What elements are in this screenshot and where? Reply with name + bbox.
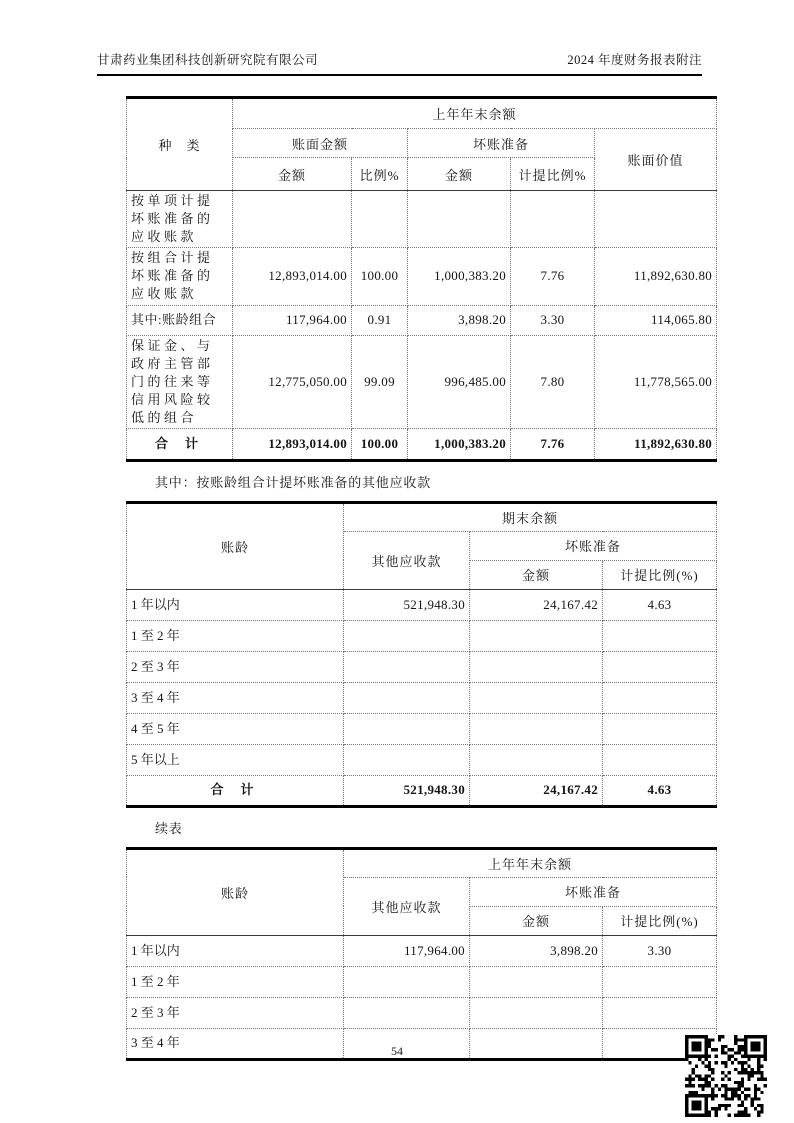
- cell-amount: [344, 682, 470, 713]
- cell-ratio: 100.00: [352, 428, 408, 460]
- row-label: 2 至 3 年: [127, 651, 344, 682]
- cell-ratio: 99.09: [352, 335, 408, 428]
- cell-bd-ratio: 7.80: [511, 335, 595, 428]
- cell-bd-ratio: 7.76: [511, 247, 595, 305]
- receivables-prior-year-table: 种 类 上年年末余额 账面金额 坏账准备 账面价值 金额 比例% 金额 计提比例…: [126, 96, 717, 462]
- header-cell-bad-debt: 坏账准备: [408, 129, 595, 158]
- row-label: 1 年以内: [127, 935, 344, 966]
- page-content: 种 类 上年年末余额 账面金额 坏账准备 账面价值 金额 比例% 金额 计提比例…: [126, 96, 716, 1061]
- document-page: 甘肃药业集团科技创新研究院有限公司 2024 年度财务报表附注 种 类 上年年末…: [0, 0, 794, 1123]
- cell-amount: 12,893,014.00: [233, 247, 352, 305]
- cell-amount: 117,964.00: [233, 305, 352, 335]
- cell-bd-ratio: 4.63: [603, 775, 717, 806]
- header-cell-ratio: 计提比例(%): [603, 906, 717, 935]
- cell-amount: [344, 744, 470, 775]
- header-cell-aging: 账龄: [127, 502, 344, 589]
- page-number: 54: [391, 1044, 403, 1058]
- cell-book-value: 11,892,630.80: [595, 428, 717, 460]
- cell-bd-amount: [470, 682, 603, 713]
- report-title: 2024 年度财务报表附注: [567, 50, 702, 68]
- row-label: 其中:账龄组合: [127, 305, 233, 335]
- cell-amount: 521,948.30: [344, 589, 470, 620]
- cell-bd-ratio: [603, 997, 717, 1028]
- cell-ratio: 0.91: [352, 305, 408, 335]
- company-name: 甘肃药业集团科技创新研究院有限公司: [97, 50, 318, 68]
- table-row: 4 至 5 年: [127, 713, 717, 744]
- header-cell-period: 上年年末余额: [344, 848, 717, 877]
- row-label: 3 至 4 年: [127, 682, 344, 713]
- cell-bd-amount: [470, 997, 603, 1028]
- row-label: 1 年以内: [127, 589, 344, 620]
- cell-bd-amount: [470, 620, 603, 651]
- cell-bd-amount: 996,485.00: [408, 335, 511, 428]
- row-label: 1 至 2 年: [127, 620, 344, 651]
- header-cell-amount: 金额: [470, 560, 603, 589]
- row-label: 2 至 3 年: [127, 997, 344, 1028]
- cell-bd-ratio: [603, 744, 717, 775]
- header-cell-bd-ratio: 计提比例%: [511, 158, 595, 191]
- cell-bd-ratio: [603, 651, 717, 682]
- cell-amount: [233, 191, 352, 248]
- header-cell-period: 上年年末余额: [233, 98, 717, 129]
- cell-amount: 521,948.30: [344, 775, 470, 806]
- table-row: 3 至 4 年: [127, 682, 717, 713]
- header-cell-other-receivables: 其他应收款: [344, 531, 470, 589]
- total-row: 合 计 521,948.30 24,167.42 4.63: [127, 775, 717, 806]
- total-label: 合 计: [127, 775, 344, 806]
- cell-book-value: 11,778,565.00: [595, 335, 717, 428]
- header-cell-amount: 金额: [233, 158, 352, 191]
- other-receivables-period-end-table: 账龄 期末余额 其他应收款 坏账准备 金额 计提比例(%) 1 年以内 521,…: [126, 501, 717, 808]
- cell-amount: 117,964.00: [344, 935, 470, 966]
- table-row: 按单项计提坏账准备的应收账款: [127, 191, 717, 248]
- table-row: 1 至 2 年: [127, 966, 717, 997]
- row-label: 按组合计提坏账准备的应收账款: [127, 247, 233, 305]
- continued-note: 续表: [155, 818, 716, 837]
- cell-book-value: 114,065.80: [595, 305, 717, 335]
- table-row: 1 至 2 年: [127, 620, 717, 651]
- cell-bd-ratio: 7.76: [511, 428, 595, 460]
- header-cell-period: 期末余额: [344, 502, 717, 531]
- cell-amount: 12,775,050.00: [233, 335, 352, 428]
- header-cell-bad-debt: 坏账准备: [470, 877, 717, 906]
- cell-bd-ratio: [603, 713, 717, 744]
- cell-bd-amount: 1,000,383.20: [408, 247, 511, 305]
- aging-note: 其中：按账龄组合计提坏账准备的其他应收款: [155, 472, 716, 491]
- header-cell-ratio: 比例%: [352, 158, 408, 191]
- row-label: 保证金、与政府主管部门的往来等信用风险较低的组合: [127, 335, 233, 428]
- cell-bd-ratio: 3.30: [603, 935, 717, 966]
- cell-bd-ratio: [603, 966, 717, 997]
- cell-bd-amount: [408, 191, 511, 248]
- cell-book-value: 11,892,630.80: [595, 247, 717, 305]
- cell-bd-ratio: [603, 620, 717, 651]
- header-cell-type: 种 类: [127, 98, 233, 191]
- cell-bd-amount: [470, 651, 603, 682]
- cell-bd-ratio: [511, 191, 595, 248]
- table-row: 5 年以上: [127, 744, 717, 775]
- table-row: 2 至 3 年: [127, 651, 717, 682]
- cell-ratio: [352, 191, 408, 248]
- row-label: 1 至 2 年: [127, 966, 344, 997]
- cell-amount: [344, 997, 470, 1028]
- table-row: 1 年以内 117,964.00 3,898.20 3.30: [127, 935, 717, 966]
- cell-bd-amount: 3,898.20: [470, 935, 603, 966]
- header-cell-book-value: 账面价值: [595, 129, 717, 191]
- qr-code: [685, 1035, 767, 1117]
- header-cell-book-amount: 账面金额: [233, 129, 408, 158]
- cell-bd-amount: 1,000,383.20: [408, 428, 511, 460]
- header-cell-bd-amount: 金额: [408, 158, 511, 191]
- header-cell-ratio: 计提比例(%): [603, 560, 717, 589]
- table-row: 按组合计提坏账准备的应收账款 12,893,014.00 100.00 1,00…: [127, 247, 717, 305]
- cell-bd-amount: 3,898.20: [408, 305, 511, 335]
- page-footer: 54: [0, 1044, 794, 1059]
- cell-amount: [344, 713, 470, 744]
- table-row: 保证金、与政府主管部门的往来等信用风险较低的组合 12,775,050.00 9…: [127, 335, 717, 428]
- cell-bd-amount: [470, 744, 603, 775]
- table-row: 2 至 3 年: [127, 997, 717, 1028]
- cell-bd-ratio: 3.30: [511, 305, 595, 335]
- cell-amount: [344, 966, 470, 997]
- total-row: 合 计 12,893,014.00 100.00 1,000,383.20 7.…: [127, 428, 717, 460]
- cell-amount: [344, 651, 470, 682]
- header-cell-other-receivables: 其他应收款: [344, 877, 470, 935]
- cell-bd-ratio: [603, 682, 717, 713]
- cell-book-value: [595, 191, 717, 248]
- cell-amount: 12,893,014.00: [233, 428, 352, 460]
- row-label: 4 至 5 年: [127, 713, 344, 744]
- cell-ratio: 100.00: [352, 247, 408, 305]
- table-row: 其中:账龄组合 117,964.00 0.91 3,898.20 3.30 11…: [127, 305, 717, 335]
- total-label: 合 计: [127, 428, 233, 460]
- header-cell-amount: 金额: [470, 906, 603, 935]
- cell-bd-amount: [470, 966, 603, 997]
- cell-bd-amount: [470, 713, 603, 744]
- cell-bd-amount: 24,167.42: [470, 775, 603, 806]
- row-label: 按单项计提坏账准备的应收账款: [127, 191, 233, 248]
- cell-bd-ratio: 4.63: [603, 589, 717, 620]
- page-header: 甘肃药业集团科技创新研究院有限公司 2024 年度财务报表附注: [97, 50, 702, 76]
- cell-amount: [344, 620, 470, 651]
- table-row: 1 年以内 521,948.30 24,167.42 4.63: [127, 589, 717, 620]
- cell-bd-amount: 24,167.42: [470, 589, 603, 620]
- header-cell-aging: 账龄: [127, 848, 344, 935]
- other-receivables-prior-year-table: 账龄 上年年末余额 其他应收款 坏账准备 金额 计提比例(%) 1 年以内 11…: [126, 847, 717, 1061]
- row-label: 5 年以上: [127, 744, 344, 775]
- header-cell-bad-debt: 坏账准备: [470, 531, 717, 560]
